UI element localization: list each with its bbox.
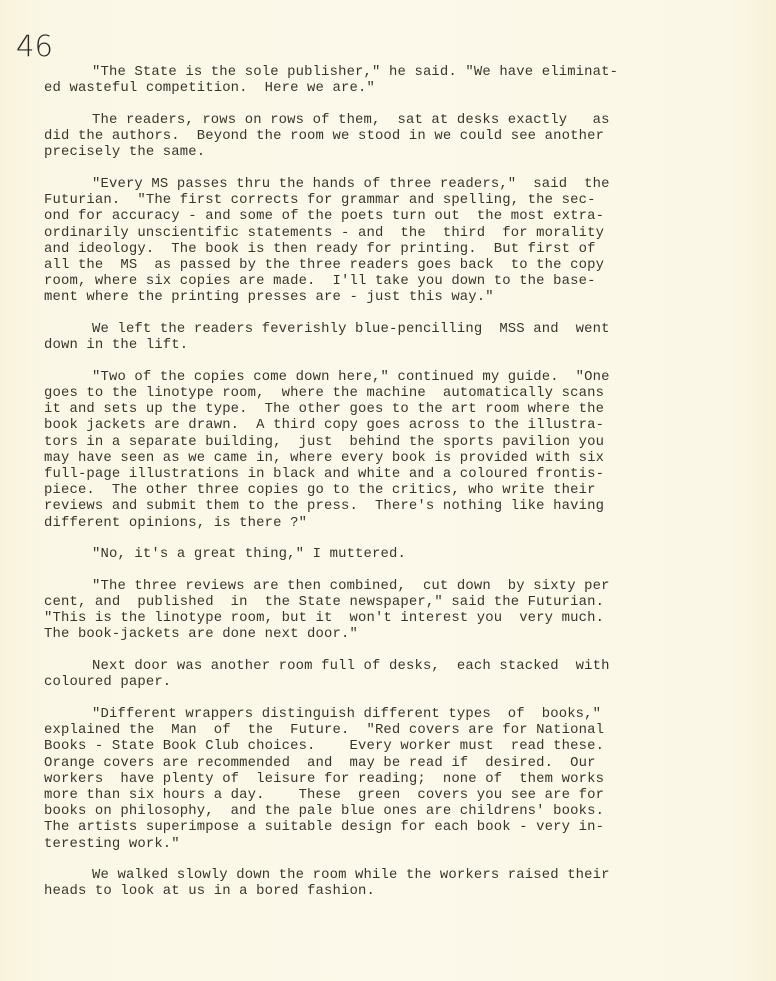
paragraph-walked: We walked slowly down the room while the…	[44, 867, 684, 899]
text-line: Next door was another room full of desks…	[44, 658, 684, 674]
text-line: "Every MS passes thru the hands of three…	[44, 176, 684, 192]
text-line: goes to the linotype room, where the mac…	[44, 385, 684, 401]
text-line: "Two of the copies come down here," cont…	[44, 369, 684, 385]
paragraph-wrappers: "Different wrappers distinguish differen…	[44, 706, 684, 852]
text-line: ment where the printing presses are - ju…	[44, 289, 684, 305]
paragraph-lift: We left the readers feverishly blue-penc…	[44, 321, 684, 353]
text-line: "The State is the sole publisher," he sa…	[44, 64, 684, 80]
text-line: workers have plenty of leisure for readi…	[44, 771, 684, 787]
text-line: ordinarily unscientific statements - and…	[44, 225, 684, 241]
text-line: explained the Man of the Future. "Red co…	[44, 722, 684, 738]
paragraph-readers: The readers, rows on rows of them, sat a…	[44, 112, 684, 161]
text-line: tors in a separate building, just behind…	[44, 434, 684, 450]
text-line: and ideology. The book is then ready for…	[44, 241, 684, 257]
text-line: Orange covers are recommended and may be…	[44, 755, 684, 771]
paragraph-muttered: "No, it's a great thing," I muttered.	[44, 546, 684, 562]
text-line: reviews and submit them to the press. Th…	[44, 498, 684, 514]
text-line: coloured paper.	[44, 674, 684, 690]
page-body: "The State is the sole publisher," he sa…	[44, 64, 684, 915]
text-line: "No, it's a great thing," I muttered.	[44, 546, 684, 562]
text-line: cent, and published in the State newspap…	[44, 594, 684, 610]
text-line: "The three reviews are then combined, cu…	[44, 578, 684, 594]
text-line: book jackets are drawn. A third copy goe…	[44, 417, 684, 433]
text-line: ond for accuracy - and some of the poets…	[44, 208, 684, 224]
text-line: We left the readers feverishly blue-penc…	[44, 321, 684, 337]
text-line: did the authors. Beyond the room we stoo…	[44, 128, 684, 144]
text-line: "Different wrappers distinguish differen…	[44, 706, 684, 722]
paragraph-reviews: "The three reviews are then combined, cu…	[44, 578, 684, 643]
page-number: 46	[16, 29, 53, 63]
text-line: piece. The other three copies go to the …	[44, 482, 684, 498]
text-line: The artists superimpose a suitable desig…	[44, 819, 684, 835]
text-line: "This is the linotype room, but it won't…	[44, 610, 684, 626]
text-line: precisely the same.	[44, 144, 684, 160]
text-line: may have seen as we came in, where every…	[44, 450, 684, 466]
text-line: heads to look at us in a bored fashion.	[44, 883, 684, 899]
paragraph-state-publisher: "The State is the sole publisher," he sa…	[44, 64, 684, 96]
text-line: it and sets up the type. The other goes …	[44, 401, 684, 417]
text-line: teresting work."	[44, 836, 684, 852]
typewritten-page: 46 "The State is the sole publisher," he…	[0, 0, 776, 981]
text-line: ed wasteful competition. Here we are."	[44, 80, 684, 96]
text-line: We walked slowly down the room while the…	[44, 867, 684, 883]
text-line: room, where six copies are made. I'll ta…	[44, 273, 684, 289]
text-line: different opinions, is there ?"	[44, 515, 684, 531]
paragraph-every-ms: "Every MS passes thru the hands of three…	[44, 176, 684, 306]
text-line: more than six hours a day. These green c…	[44, 787, 684, 803]
text-line: Futurian. "The first corrects for gramma…	[44, 192, 684, 208]
text-line: all the MS as passed by the three reader…	[44, 257, 684, 273]
text-line: books on philosophy, and the pale blue o…	[44, 803, 684, 819]
text-line: full-page illustrations in black and whi…	[44, 466, 684, 482]
text-line: The book-jackets are done next door."	[44, 626, 684, 642]
text-line: Books - State Book Club choices. Every w…	[44, 738, 684, 754]
text-line: down in the lift.	[44, 337, 684, 353]
text-line: The readers, rows on rows of them, sat a…	[44, 112, 684, 128]
paragraph-next-door: Next door was another room full of desks…	[44, 658, 684, 690]
paragraph-two-copies: "Two of the copies come down here," cont…	[44, 369, 684, 531]
